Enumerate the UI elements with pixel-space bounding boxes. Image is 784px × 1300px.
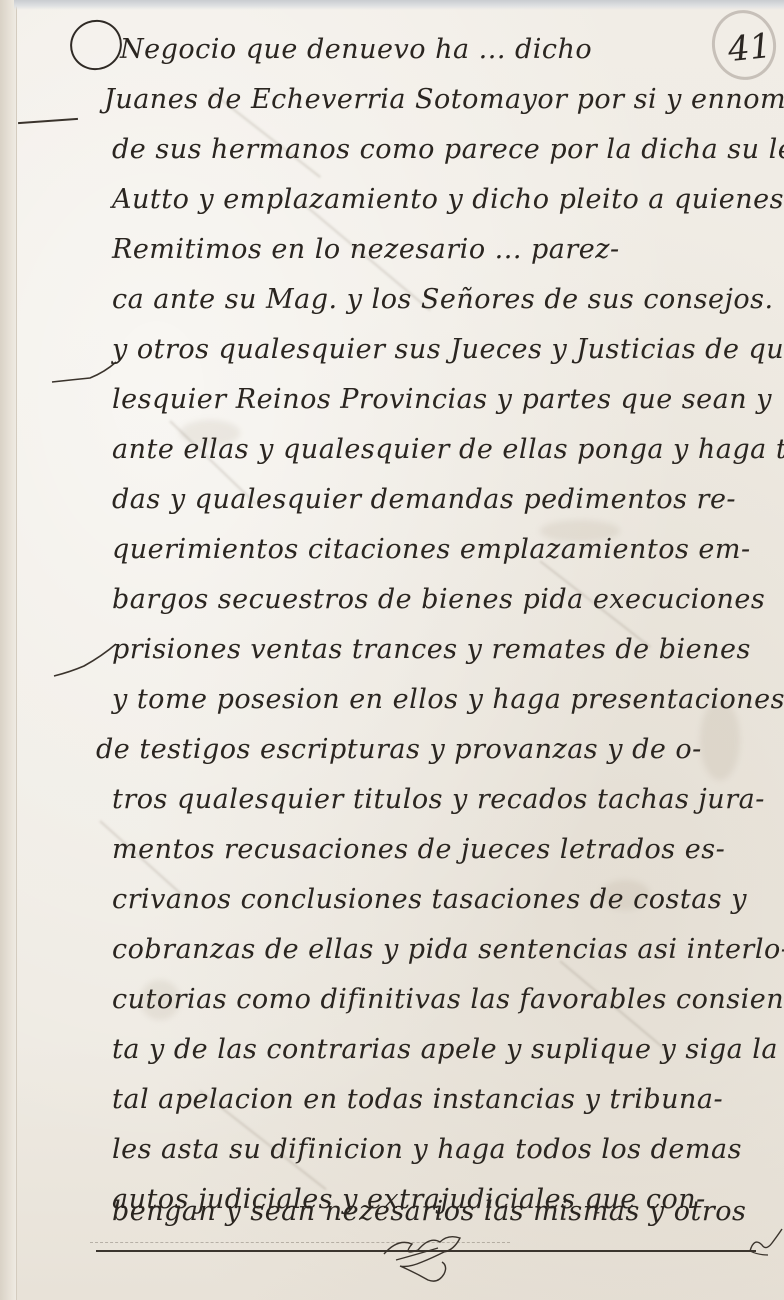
margin-paraph-mark xyxy=(50,360,120,390)
manuscript-line: crivanos conclusiones tasaciones de cost… xyxy=(112,884,747,915)
folio-number: 41 xyxy=(726,26,773,70)
manuscript-line: prisiones ventas trances y remates de bi… xyxy=(112,634,751,665)
manuscript-line: Negocio que denuevo ha ... dicho xyxy=(120,34,592,65)
manuscript-line: tal apelacion en todas instancias y trib… xyxy=(112,1084,723,1115)
manuscript-line: y tome posesion en ellos y haga presenta… xyxy=(112,684,784,715)
margin-dash xyxy=(18,118,78,124)
page-top-edge xyxy=(14,0,784,10)
manuscript-line: bengan y sean nezesarios las mismas y ot… xyxy=(112,1196,746,1227)
manuscript-line: das y qualesquier demandas pedimentos re… xyxy=(112,484,736,515)
manuscript-line: querimientos citaciones emplazamientos e… xyxy=(112,534,751,565)
manuscript-line: tros qualesquier titulos y recados tacha… xyxy=(112,784,765,815)
manuscript-line: les asta su difinicion y haga todos los … xyxy=(112,1134,742,1165)
manuscript-line: de sus hermanos como parece por la dicha… xyxy=(112,134,784,165)
binding-edge xyxy=(0,0,17,1300)
manuscript-line: ca ante su Mag. y los Señores de sus con… xyxy=(112,284,774,315)
manuscript-page: 41 Negocio que denuevo ha ... dicho Juan… xyxy=(0,0,784,1300)
manuscript-line: bargos secuestros de bienes pida execuci… xyxy=(112,584,765,615)
manuscript-line: Autto y emplazamiento y dicho pleito a q… xyxy=(112,184,784,215)
manuscript-line: cobranzas de ellas y pida sentencias asi… xyxy=(112,934,784,965)
manuscript-line: Juanes de Echeverria Sotomayor por si y … xyxy=(104,84,784,115)
rubric-signature-icon xyxy=(378,1228,478,1288)
line-end-flourish xyxy=(748,1225,784,1265)
manuscript-line: Remitimos en lo nezesario ... parez- xyxy=(112,234,620,265)
manuscript-line: ta y de las contrarias apele y suplique … xyxy=(112,1034,778,1065)
manuscript-line: y otros qualesquier sus Jueces y Justici… xyxy=(112,334,784,365)
margin-paraph-mark xyxy=(50,640,120,680)
manuscript-line: ante ellas y qualesquier de ellas ponga … xyxy=(112,434,784,465)
manuscript-line: mentos recusaciones de jueces letrados e… xyxy=(112,834,725,865)
manuscript-line: lesquier Reinos Provincias y partes que … xyxy=(112,384,772,415)
manuscript-line: cutorias como difinitivas las favorables… xyxy=(112,984,784,1015)
manuscript-line: de testigos escripturas y provanzas y de… xyxy=(96,734,702,765)
